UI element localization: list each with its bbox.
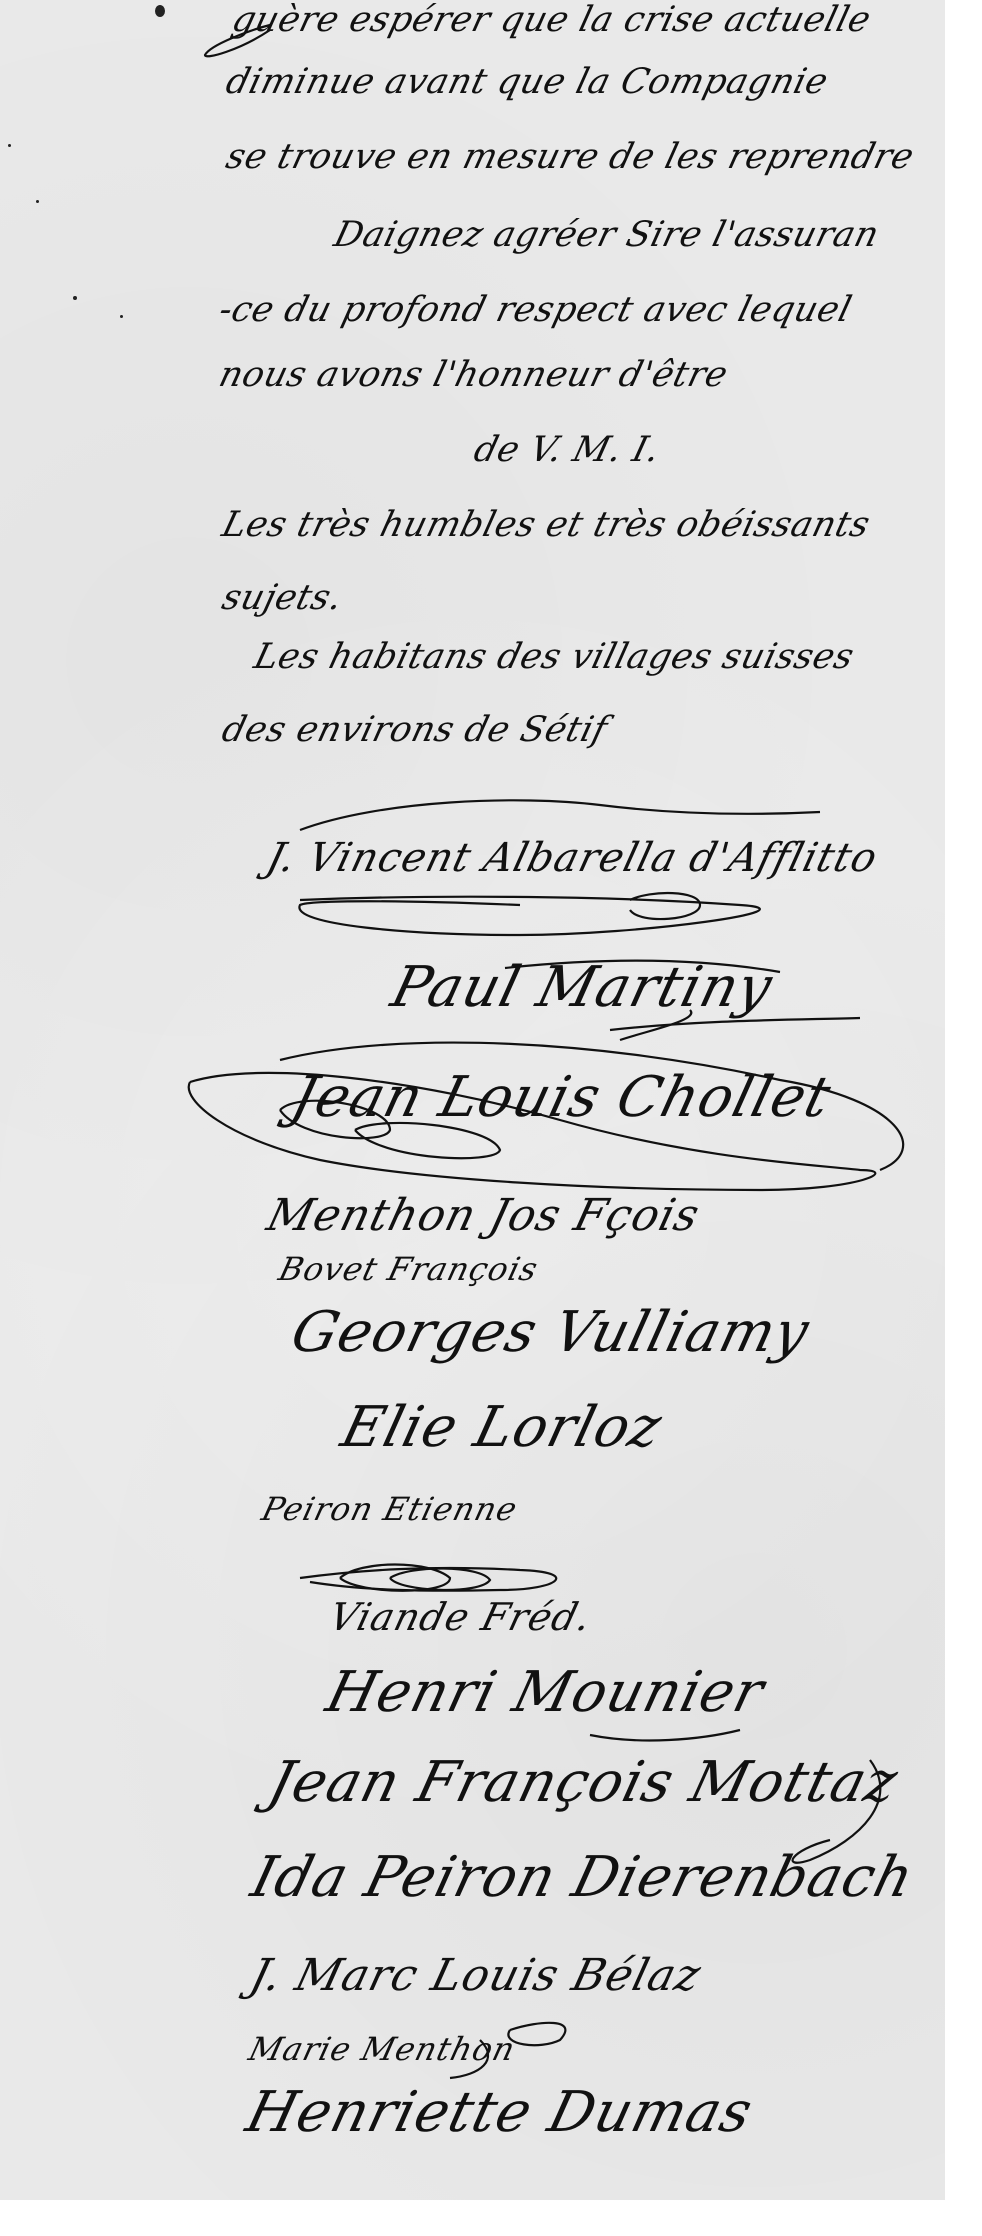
signature: J. Vincent Albarella d'Afflitto (262, 835, 882, 881)
signature: Henri Mounier (320, 1660, 771, 1725)
signature: Jean Louis Chollet (285, 1065, 838, 1130)
letter-line: nous avons l'honneur d'être (215, 355, 732, 395)
ink-blot (155, 5, 165, 17)
signature: Paul Martiny (385, 955, 779, 1020)
letter-line: -ce du profond respect avec lequel (215, 290, 856, 330)
authors-line: Les habitans des villages suisses (250, 637, 858, 677)
signature: J. Marc Louis Bélaz (245, 1950, 706, 2001)
address-line: de V. M. I. (470, 430, 664, 470)
signature: Henriette Dumas (240, 2080, 759, 2145)
signature: Marie Menthon (245, 2030, 520, 2068)
document-page: guère espérer que la crise actuelle dimi… (0, 0, 945, 2200)
ink-speck (120, 315, 123, 318)
signature: Viande Fréd. (325, 1595, 596, 1639)
signature: Menthon Jos Fçois (262, 1190, 705, 1241)
signature: Elie Lorloz (335, 1395, 669, 1460)
signature: Ida Peiron Dierenbach (245, 1845, 921, 1910)
closing-line: Les très humbles et très obéissants (218, 505, 874, 545)
ink-speck (36, 200, 39, 203)
closing-line: sujets. (218, 578, 347, 618)
signature: Peiron Etienne (258, 1490, 522, 1528)
signature: Georges Vulliamy (285, 1300, 816, 1365)
ink-speck (8, 144, 11, 147)
letter-line: diminue avant que la Compagnie (222, 62, 832, 102)
signature: Jean François Mottaz (262, 1750, 905, 1815)
letter-line: Daignez agréer Sire l'assuran (330, 215, 883, 255)
ink-speck (73, 296, 77, 300)
signature: Bovet François (275, 1250, 542, 1288)
letter-line: se trouve en mesure de les reprendre (222, 137, 918, 177)
letter-line: guère espérer que la crise actuelle (228, 0, 875, 40)
authors-line: des environs de Sétif (218, 710, 611, 750)
